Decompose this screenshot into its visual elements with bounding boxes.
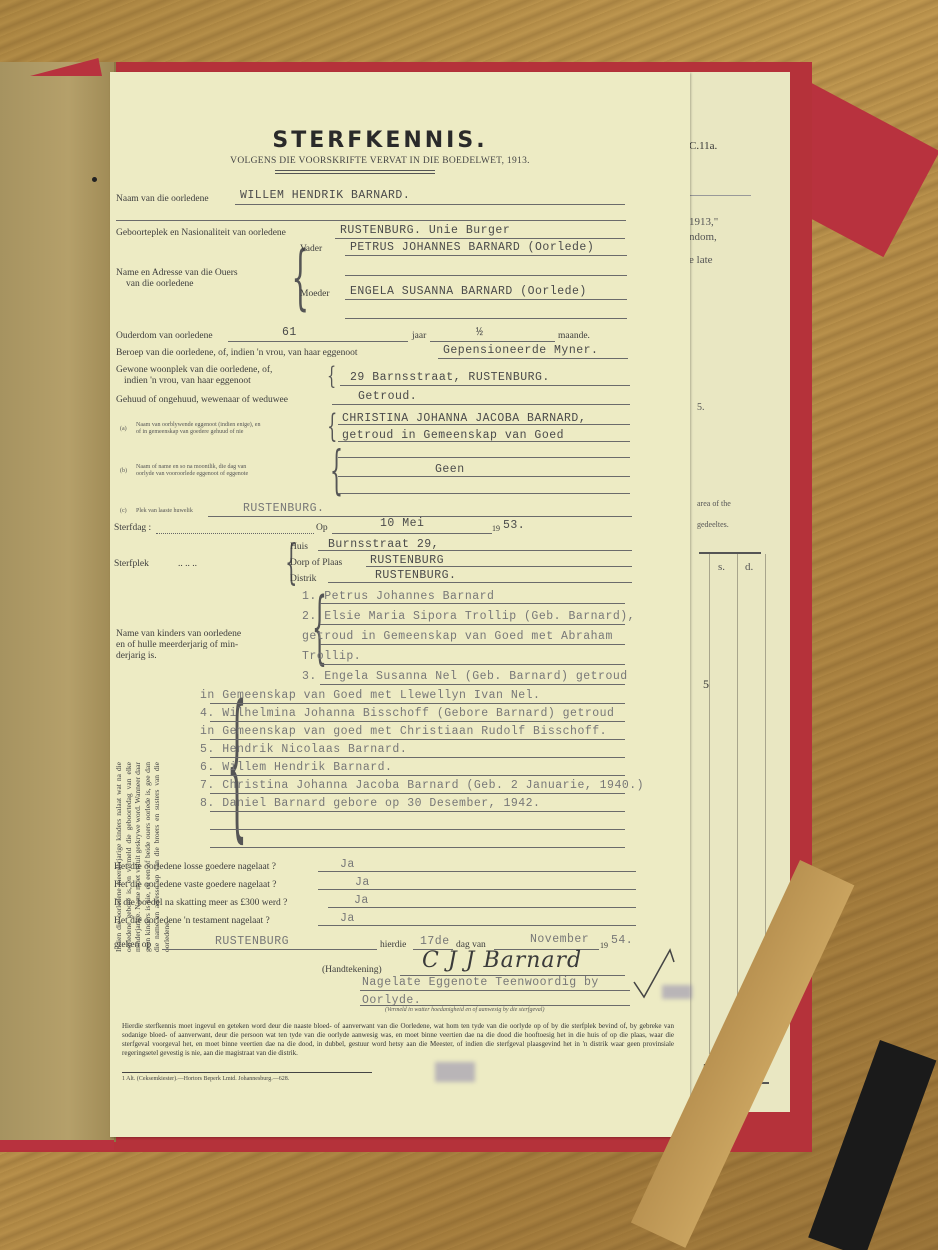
child-line: in Gemeenskap van goed met Christiaan Ru…: [200, 725, 607, 738]
parents-label-line1: Name en Adresse van die Ouers: [116, 268, 238, 278]
father-rule-2: [345, 275, 627, 276]
ink-stamp-smudge: [435, 1062, 475, 1082]
estate-value-value: Ja: [354, 894, 369, 907]
form-subtitle: VOLGENS DIE VOORSKRIFTE VERVAT IN DIE BO…: [160, 156, 600, 166]
estate-value-rule: [328, 907, 636, 908]
back-text-ndom: ndom,: [689, 231, 717, 243]
birthplace-label: Geboorteplek en Nasionaliteit van oorled…: [116, 228, 286, 238]
marital-status-label: Gehuud of ongehuud, wewenaar of weduwee: [116, 395, 288, 405]
death-place-label: Sterfplek: [114, 559, 149, 569]
age-label: Ouderdom van oorledene: [116, 331, 213, 341]
fixed-property-value: Ja: [355, 876, 370, 889]
signature-value: C J J Barnard: [422, 948, 582, 973]
death-date-on-label: Op: [316, 523, 328, 533]
name-value: WILLEM HENDRIK BARNARD.: [240, 189, 410, 202]
child-rule: [210, 847, 625, 848]
predeceased-spouse-brace: {: [330, 445, 343, 497]
child-rule: [210, 703, 625, 704]
child-rule: [320, 644, 625, 645]
children-label-line3: derjarig is.: [116, 651, 157, 661]
child-rule: [320, 624, 625, 625]
instructions-footnote: Hierdie sterfkennis moet ingevul en gete…: [122, 1022, 674, 1058]
child-line: 1. Petrus Johannes Barnard: [302, 590, 494, 603]
mother-value: ENGELA SUSANNA BARNARD (Oorlede): [350, 285, 587, 298]
marital-status-rule: [332, 404, 630, 405]
surviving-spouse-label-line2: of in gemeenskap van goedere gehuud of n…: [136, 429, 243, 435]
surviving-spouse-rule-2: [338, 441, 630, 442]
back-col-d: d.: [745, 561, 753, 573]
last-marriage-value: RUSTENBURG.: [243, 502, 324, 515]
child-rule: [210, 721, 625, 722]
child-line: 3. Engela Susanna Nel (Geb. Barnard) get…: [302, 670, 628, 683]
predeceased-spouse-rule-3: [338, 493, 630, 494]
birthplace-value: RUSTENBURG. Unie Burger: [340, 224, 510, 237]
mother-rule-2: [345, 318, 627, 319]
child-line: 8. Daniel Barnard gebore op 30 Desember,…: [200, 797, 540, 810]
surviving-spouse-brace: {: [327, 410, 337, 442]
signed-day-label: hierdie: [380, 940, 406, 950]
child-rule: [210, 775, 625, 776]
child-rule: [320, 684, 625, 685]
child-rule: [320, 603, 625, 604]
age-months-label: maande.: [558, 331, 590, 341]
father-label: Vader: [300, 244, 322, 254]
title-double-rule: [275, 170, 435, 174]
testament-rule: [318, 925, 636, 926]
child-line: 5. Hendrik Nicolaas Barnard.: [200, 743, 407, 756]
movable-property-label: Het die oorledene losse goedere nagelaat…: [114, 862, 276, 872]
death-date-label: Sterfdag :: [114, 523, 151, 533]
back-text-gedeeltes: gedeeltes.: [697, 520, 729, 529]
punch-hole: [92, 177, 97, 182]
back-text-1913: 1913,": [689, 216, 718, 228]
signed-place: RUSTENBURG: [215, 935, 289, 948]
imprint-rule: [122, 1072, 372, 1073]
last-marriage-label: Plek van laaste huwelik: [136, 508, 193, 514]
testament-label: Het die oorledene 'n testament nagelaat …: [114, 916, 270, 926]
child-rule: [320, 664, 625, 665]
parents-label-line2: van die oorledene: [126, 279, 194, 289]
signed-day: 17de: [420, 935, 450, 948]
district-value: RUSTENBURG.: [375, 569, 456, 582]
signed-year-prefix: 19: [600, 941, 608, 950]
death-date-value: 10 Mei: [380, 517, 424, 530]
surviving-spouse-rule: [338, 424, 630, 425]
child-line: 7. Christina Johanna Jacoba Barnard (Geb…: [200, 779, 644, 792]
predeceased-spouse-value: Geen: [435, 463, 465, 476]
folder-flap: [0, 62, 116, 1142]
death-year-prefix: 19: [492, 524, 500, 533]
printer-imprint: 1 Alt. (Ceksemkiester).—Hortors Beperk L…: [122, 1076, 289, 1082]
back-col-s: s.: [718, 561, 725, 573]
signature-capacity-rule: [360, 990, 630, 991]
surviving-spouse-label-line1: Naam van oorblywende eggenoot (indien en…: [136, 422, 260, 428]
age-years-rule: [228, 341, 408, 342]
child-line: 2. Elsie Maria Sipora Trollip (Geb. Barn…: [302, 610, 635, 623]
fixed-property-rule: [318, 889, 636, 890]
birthplace-rule: [335, 238, 625, 239]
death-notice-form: STERFKENNIS. VOLGENS DIE VOORSKRIFTE VER…: [110, 72, 690, 1137]
estate-value-label: Is die boedel na skatting meer as £300 w…: [114, 898, 287, 908]
signature-capacity-line1: Nagelate Eggenote Teenwoordig by: [362, 976, 599, 989]
mother-label: Moeder: [300, 289, 330, 299]
child-line: 4. Wilhelmina Johanna Bisschoff (Gebore …: [200, 707, 614, 720]
child-line: getroud in Gemeenskap van Goed met Abrah…: [302, 630, 613, 643]
testament-value: Ja: [340, 912, 355, 925]
signature-capacity-rule-2: [360, 1005, 630, 1006]
surviving-spouse-marker: (a): [120, 426, 127, 432]
mother-rule: [345, 299, 627, 300]
dark-corner: [808, 1040, 936, 1250]
age-months-value: ½: [476, 326, 483, 339]
father-value: PETRUS JOHANNES BARNARD (Oorlede): [350, 241, 594, 254]
back-text-late: e late: [689, 254, 713, 266]
ink-stamp-smudge: [662, 985, 692, 999]
residence-value: 29 Barnsstraat, RUSTENBURG.: [350, 371, 550, 384]
residence-brace: {: [327, 364, 336, 388]
child-line: 6. Willem Hendrik Barnard.: [200, 761, 392, 774]
occupation-value: Gepensioneerde Myner.: [443, 344, 598, 357]
back-value-5: 5: [703, 677, 709, 692]
children-label-line1: Name van kinders van oorledene: [116, 629, 241, 639]
signed-label: gteken op: [114, 940, 151, 950]
signed-place-rule: [162, 949, 377, 950]
name-label: Naam van die oorledene: [116, 194, 209, 204]
death-date-rule-2: [332, 533, 492, 534]
child-rule: [210, 829, 625, 830]
form-title: STERFKENNIS.: [230, 128, 530, 153]
house-label: Huis: [290, 542, 308, 552]
town-label: Dorp of Plaas: [290, 558, 342, 568]
town-rule: [366, 566, 632, 567]
predeceased-spouse-label-line1: Naam of name en so na moontlik, die dag …: [136, 464, 246, 470]
death-year-suffix: 53.: [503, 519, 525, 532]
death-place-dots: .. .. ..: [178, 559, 197, 569]
occupation-rule: [438, 358, 628, 359]
father-rule: [345, 255, 627, 256]
occupation-label: Beroep van die oorledene, of, indien 'n …: [116, 348, 358, 358]
predeceased-spouse-label-line2: oorlyde van vooroorlede eggenoot of egge…: [136, 471, 248, 477]
predeceased-spouse-marker: (b): [120, 468, 127, 474]
back-table-col-line: [737, 554, 738, 1054]
back-text-area: area of the: [697, 499, 731, 508]
back-text-s: 5.: [697, 402, 705, 413]
fixed-property-label: Het die oorledene vaste goedere nagelaat…: [114, 880, 276, 890]
residence-label-line1: Gewone woonplek van die oorledene, of,: [116, 365, 272, 375]
back-form-code: C.11a.: [689, 140, 717, 152]
child-line: Trollip.: [302, 650, 361, 663]
movable-property-value: Ja: [340, 858, 355, 871]
name-rule-2: [116, 220, 626, 221]
predeceased-spouse-rule-2: [338, 476, 630, 477]
signature-capacity-hint: (Vermeld in watter hoedanigheid en of aa…: [385, 1007, 544, 1013]
signed-month: November: [530, 933, 589, 946]
child-rule: [210, 739, 625, 740]
name-rule: [235, 204, 625, 205]
age-years-value: 61: [282, 326, 297, 339]
residence-rule: [340, 385, 630, 386]
marital-status-value: Getroud.: [358, 390, 417, 403]
residence-label-line2: indien 'n vrou, van haar eggenoot: [124, 376, 251, 386]
back-table-col-line: [709, 554, 710, 1054]
signature-label: (Handtekening): [322, 965, 382, 975]
child-rule: [210, 757, 625, 758]
age-years-label: jaar: [412, 331, 426, 341]
house-rule: [318, 550, 632, 551]
child-rule: [210, 793, 625, 794]
movable-property-rule: [318, 871, 636, 872]
child-rule: [210, 811, 625, 812]
age-months-rule: [430, 341, 555, 342]
district-rule: [328, 582, 632, 583]
back-rule: [689, 195, 751, 196]
binder-edge-bottom-left: [0, 1140, 114, 1150]
children-label-line2: en of hulle meerderjarig of min-: [116, 640, 238, 650]
predeceased-spouse-rule: [338, 457, 630, 458]
child-line: in Gemeenskap van Goed met Llewellyn Iva…: [200, 689, 540, 702]
last-marriage-marker: (c): [120, 508, 127, 514]
